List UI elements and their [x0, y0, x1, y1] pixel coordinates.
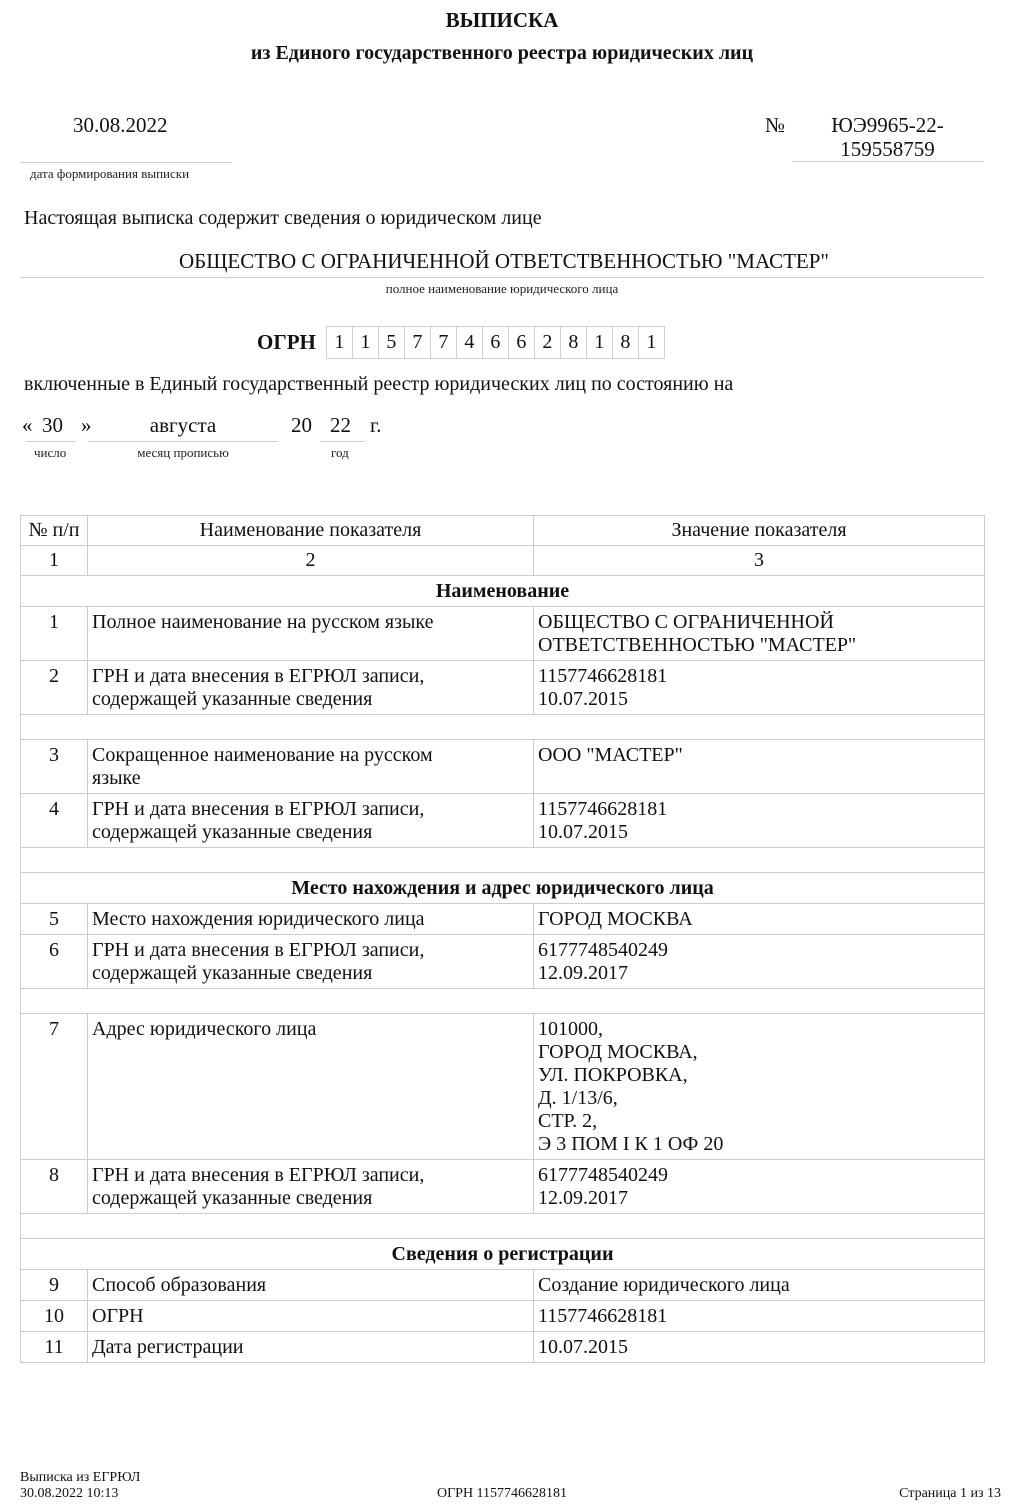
row-number: 11	[21, 1332, 88, 1363]
indicator-value: Создание юридического лица	[534, 1270, 985, 1301]
ogrn-label: ОГРН	[257, 330, 316, 355]
indicator-name: ГРН и дата внесения в ЕГРЮЛ записи, соде…	[88, 794, 534, 848]
open-quote: «	[22, 413, 33, 438]
month-underline	[88, 441, 278, 442]
column-number-2: 2	[88, 546, 534, 576]
egrul-table: № п/п Наименование показателя Значение п…	[20, 515, 985, 1363]
indicator-name: ГРН и дата внесения в ЕГРЮЛ записи, соде…	[88, 935, 534, 989]
registry-state-text: включенные в Единый государственный реес…	[24, 373, 733, 396]
ogrn-digit-box: 4	[457, 326, 483, 359]
row-number: 6	[21, 935, 88, 989]
section-header-row: Сведения о регистрации	[21, 1239, 985, 1270]
row-number: 2	[21, 661, 88, 715]
table-row: 7Адрес юридического лица101000, ГОРОД МО…	[21, 1014, 985, 1160]
spacer-row	[21, 848, 985, 873]
indicator-value: 6177748540249 12.09.2017	[534, 935, 985, 989]
indicator-name: ГРН и дата внесения в ЕГРЮЛ записи, соде…	[88, 1160, 534, 1214]
row-number: 4	[21, 794, 88, 848]
row-number: 7	[21, 1014, 88, 1160]
ogrn-digit-box: 1	[327, 326, 353, 359]
footer-ogrn: ОГРН 1157746628181	[0, 1486, 1004, 1502]
year-caption: год	[331, 445, 349, 461]
table-row: 1Полное наименование на русском языкеОБЩ…	[21, 607, 985, 661]
formation-date: 30.08.2022	[73, 113, 168, 138]
indicator-value: ОБЩЕСТВО С ОГРАНИЧЕННОЙ ОТВЕТСТВЕННОСТЬЮ…	[534, 607, 985, 661]
ogrn-digit-box: 6	[509, 326, 535, 359]
state-day: 30	[42, 413, 63, 438]
ogrn-digit-box: 7	[431, 326, 457, 359]
formation-date-caption: дата формирования выписки	[30, 166, 189, 182]
table-row: 8ГРН и дата внесения в ЕГРЮЛ записи, сод…	[21, 1160, 985, 1214]
document-title: ВЫПИСКА	[0, 8, 1004, 33]
column-number-1: 1	[21, 546, 88, 576]
intro-text: Настоящая выписка содержит сведения о юр…	[24, 207, 542, 230]
indicator-name: Адрес юридического лица	[88, 1014, 534, 1160]
state-year-suffix: г.	[370, 413, 382, 438]
row-number: 8	[21, 1160, 88, 1214]
ogrn-digit-box: 8	[613, 326, 639, 359]
ogrn-digit-box: 5	[379, 326, 405, 359]
year-underline	[320, 441, 365, 442]
company-name-underline	[20, 277, 984, 278]
indicator-name: Место нахождения юридического лица	[88, 904, 534, 935]
spacer-cell	[21, 715, 985, 740]
indicator-name: Полное наименование на русском языке	[88, 607, 534, 661]
row-number: 1	[21, 607, 88, 661]
table-column-numbers-row: 1 2 3	[21, 546, 985, 576]
table-row: 9Способ образованияСоздание юридического…	[21, 1270, 985, 1301]
spacer-row	[21, 715, 985, 740]
company-full-name: ОБЩЕСТВО С ОГРАНИЧЕННОЙ ОТВЕТСТВЕННОСТЬЮ…	[24, 249, 984, 274]
table-row: 2ГРН и дата внесения в ЕГРЮЛ записи, сод…	[21, 661, 985, 715]
spacer-row	[21, 989, 985, 1014]
section-header-row: Наименование	[21, 576, 985, 607]
indicator-name: Дата регистрации	[88, 1332, 534, 1363]
extract-number-underline	[792, 161, 984, 162]
ogrn-digit-box: 1	[587, 326, 613, 359]
section-title: Место нахождения и адрес юридического ли…	[21, 873, 985, 904]
spacer-cell	[21, 848, 985, 873]
footer-page-number: Страница 1 из 13	[899, 1486, 1001, 1502]
indicator-value: 101000, ГОРОД МОСКВА, УЛ. ПОКРОВКА, Д. 1…	[534, 1014, 985, 1160]
table-row: 10ОГРН1157746628181	[21, 1301, 985, 1332]
indicator-value: 1157746628181 10.07.2015	[534, 661, 985, 715]
indicator-name: ОГРН	[88, 1301, 534, 1332]
indicator-value: 6177748540249 12.09.2017	[534, 1160, 985, 1214]
indicator-value: ООО "МАСТЕР"	[534, 740, 985, 794]
section-title: Сведения о регистрации	[21, 1239, 985, 1270]
day-underline	[26, 441, 76, 442]
formation-date-underline	[20, 162, 232, 163]
month-caption: месяц прописью	[88, 445, 278, 461]
indicator-value: 10.07.2015	[534, 1332, 985, 1363]
indicator-name: Сокращенное наименование на русском язык…	[88, 740, 534, 794]
state-month: августа	[88, 413, 278, 438]
row-number: 3	[21, 740, 88, 794]
indicator-value: 1157746628181 10.07.2015	[534, 794, 985, 848]
table-row: 5Место нахождения юридического лицаГОРОД…	[21, 904, 985, 935]
header-indicator-value: Значение показателя	[534, 516, 985, 546]
header-number: № п/п	[21, 516, 88, 546]
table-row: 6ГРН и дата внесения в ЕГРЮЛ записи, сод…	[21, 935, 985, 989]
table-header-row: № п/п Наименование показателя Значение п…	[21, 516, 985, 546]
number-sign: №	[765, 113, 785, 138]
ogrn-digit-box: 6	[483, 326, 509, 359]
ogrn-digit-box: 1	[353, 326, 379, 359]
section-header-row: Место нахождения и адрес юридического ли…	[21, 873, 985, 904]
company-name-caption: полное наименование юридического лица	[0, 281, 1004, 297]
ogrn-digit-box: 1	[639, 326, 665, 359]
header-indicator-name: Наименование показателя	[88, 516, 534, 546]
spacer-cell	[21, 989, 985, 1014]
spacer-cell	[21, 1214, 985, 1239]
spacer-row	[21, 1214, 985, 1239]
ogrn-digit-box: 7	[405, 326, 431, 359]
extract-number: ЮЭ9965-22- 159558759	[800, 113, 975, 161]
ogrn-block: ОГРН 1157746628181	[257, 326, 665, 359]
indicator-name: Способ образования	[88, 1270, 534, 1301]
row-number: 9	[21, 1270, 88, 1301]
table-row: 3Сокращенное наименование на русском язы…	[21, 740, 985, 794]
indicator-value: ГОРОД МОСКВА	[534, 904, 985, 935]
ogrn-digit-box: 2	[535, 326, 561, 359]
column-number-3: 3	[534, 546, 985, 576]
indicator-value: 1157746628181	[534, 1301, 985, 1332]
state-year: 22	[330, 413, 351, 438]
row-number: 5	[21, 904, 88, 935]
row-number: 10	[21, 1301, 88, 1332]
table-row: 11Дата регистрации10.07.2015	[21, 1332, 985, 1363]
ogrn-digit-boxes: 1157746628181	[326, 326, 665, 359]
footer-doc-name: Выписка из ЕГРЮЛ	[20, 1470, 140, 1486]
section-title: Наименование	[21, 576, 985, 607]
indicator-name: ГРН и дата внесения в ЕГРЮЛ записи, соде…	[88, 661, 534, 715]
table-row: 4ГРН и дата внесения в ЕГРЮЛ записи, сод…	[21, 794, 985, 848]
document-subtitle: из Единого государственного реестра юрид…	[0, 42, 1004, 65]
day-caption: число	[34, 445, 66, 461]
state-century: 20	[291, 413, 312, 438]
ogrn-digit-box: 8	[561, 326, 587, 359]
